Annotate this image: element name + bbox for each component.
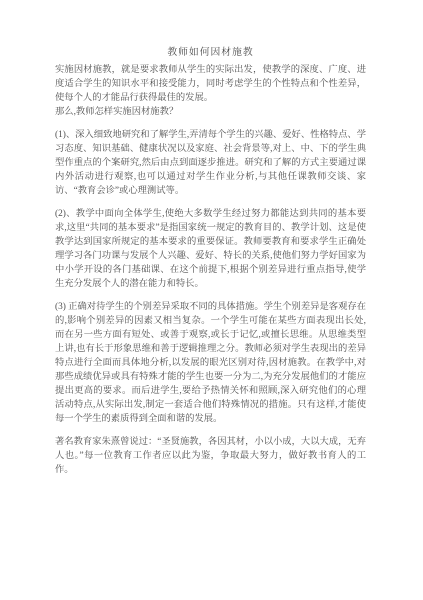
intro-paragraph: 实施因材施教，就是要求教师从学生的实际出发，使教学的深度、广度、进度适合学生的知… — [55, 63, 366, 105]
point-3-paragraph: (3) 正确对待学生的个别差异采取不同的具体措施。学生个别差异是客观存在的,影响… — [55, 300, 366, 426]
closing-quote-paragraph: 著名教育家朱熹曾说过：“圣贤施教，各因其材，小以小成，大以大成，无弃人也。”每一… — [55, 435, 366, 477]
document-title: 教师如何因材施教 — [55, 46, 366, 60]
point-1-paragraph: (1)、深入细致地研究和了解学生,弄清每个学生的兴趣、爱好、性格特点、学习态度、… — [55, 128, 366, 198]
question-line: 那么,教师怎样实施因材施教？ — [55, 105, 366, 119]
point-2-paragraph: (2)、教学中面向全体学生,使绝大多数学生经过努力都能达到共同的基本要求,这里“… — [55, 207, 366, 291]
document-page: 教师如何因材施教 实施因材施教，就是要求教师从学生的实际出发，使教学的深度、广度… — [0, 0, 423, 600]
